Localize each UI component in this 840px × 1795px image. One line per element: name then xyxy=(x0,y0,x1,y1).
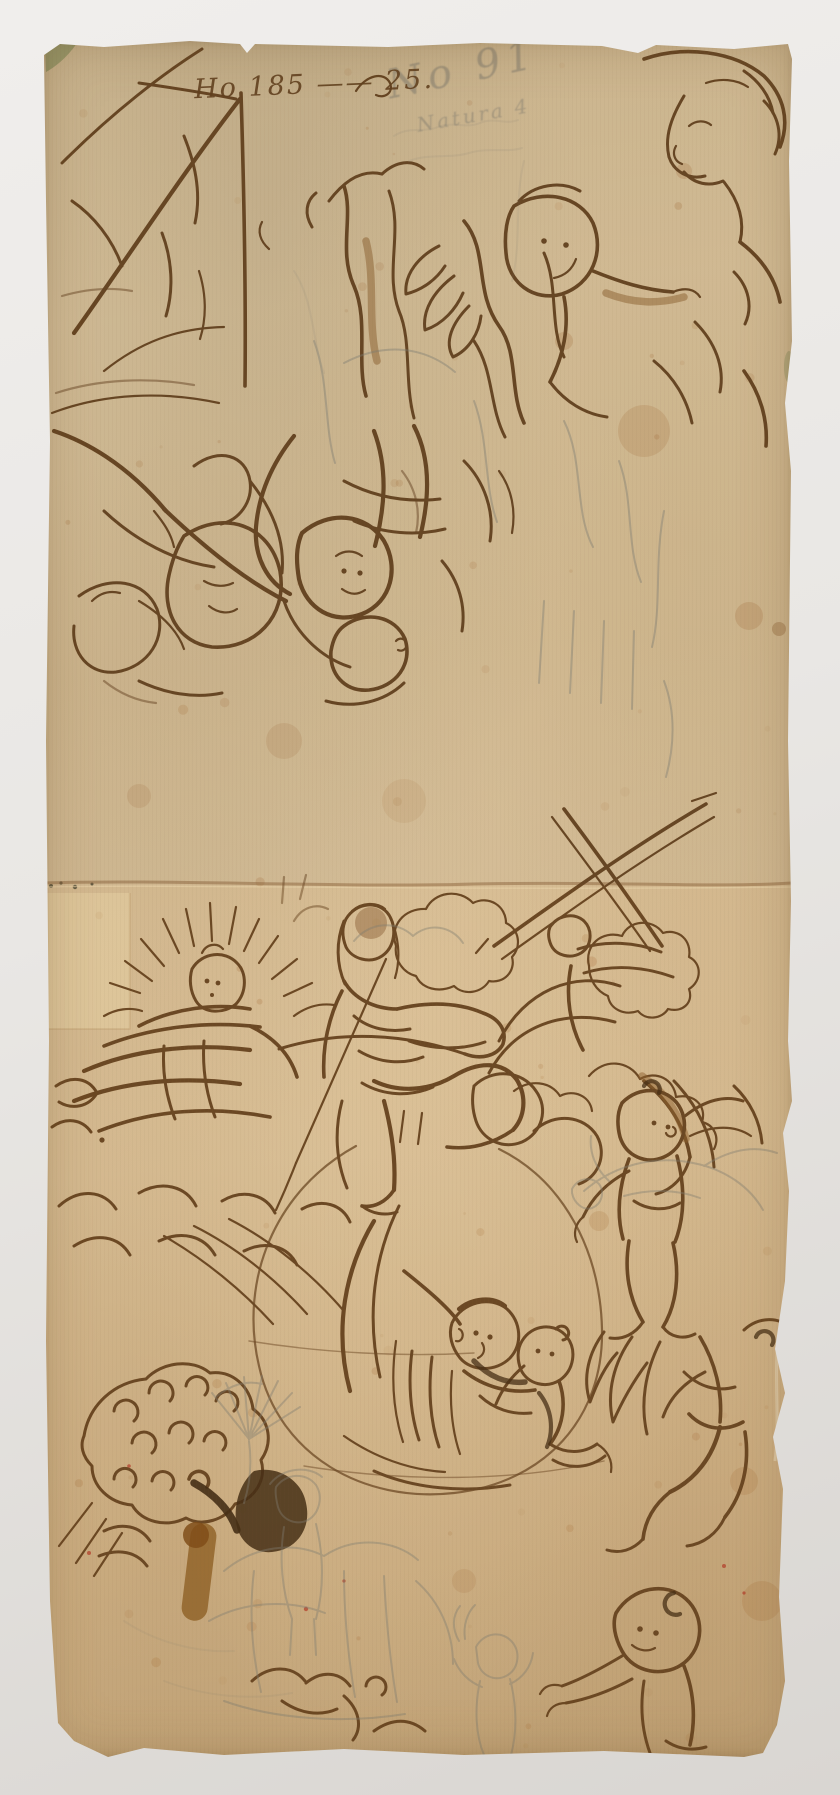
female-head-and-putto xyxy=(406,52,785,446)
reaching-child-lower-right xyxy=(540,1589,706,1753)
paper-sheet: No 91 Natura 4 Ho 185 —— 25. xyxy=(44,41,792,1757)
flying-putto-right xyxy=(575,1081,751,1338)
photo-backdrop: { "artwork": { "title": "Sheet of figure… xyxy=(0,0,840,1795)
curly-head-study-lower-left xyxy=(59,1186,425,1740)
repair-patch xyxy=(46,893,130,1029)
graphite-underdrawing xyxy=(294,120,673,777)
drawing-layer xyxy=(44,41,792,1757)
winged-putto-lower-right xyxy=(587,1320,790,1552)
left-edge-scroll-marks xyxy=(52,1079,105,1142)
oval-medallion-saint-and-child xyxy=(249,1146,611,1494)
fold-crease xyxy=(44,882,792,888)
brown-brush-mark xyxy=(180,1522,218,1622)
architectural-study xyxy=(52,49,286,649)
ink-inscription-flourish xyxy=(356,76,391,96)
seated-figure-on-orb xyxy=(276,904,523,1214)
